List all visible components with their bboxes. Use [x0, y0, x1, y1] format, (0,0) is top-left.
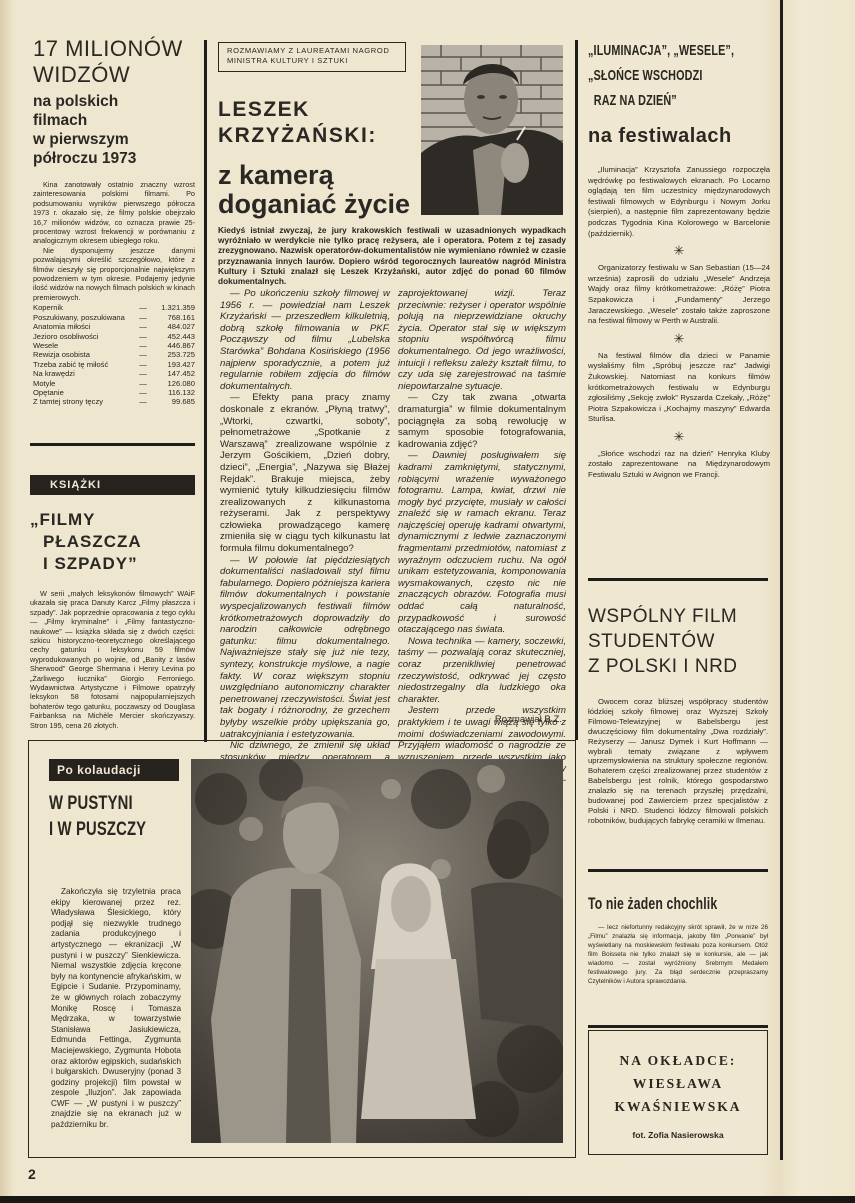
- interview-title: doganiać życie: [218, 189, 418, 219]
- interviewee-photo: [421, 45, 563, 215]
- dash: —: [133, 397, 153, 406]
- interview-paragraph: zaprojektowanej wizji. Teraz przeciwnie:…: [398, 288, 566, 392]
- festival-heading: „SŁOŃCE WSCHODZI: [588, 63, 768, 88]
- article-title-line2: WIDZÓW: [33, 62, 195, 88]
- stats-row: Na krawędzi—147.452: [33, 369, 195, 378]
- viewer-count: 452.443: [153, 332, 195, 341]
- film-title: Na krawędzi: [33, 369, 133, 378]
- viewer-count: 1.321.359: [153, 303, 195, 312]
- article-title: WSPÓLNY FILM: [588, 604, 768, 629]
- viewer-stats-table: Kopernik—1.321.359 Poszukiwany, poszukiw…: [33, 303, 195, 406]
- festival-paragraph: „Słońce wschodzi raz na dzień” Henryka K…: [588, 449, 770, 481]
- bottom-edge-rule: [0, 1196, 855, 1203]
- dash: —: [133, 313, 153, 322]
- article-title: I W PUSZCZY: [49, 817, 205, 843]
- article-title: Z POLSKI I NRD: [588, 654, 768, 679]
- dash: —: [133, 350, 153, 359]
- stats-row: Kopernik—1.321.359: [33, 303, 195, 312]
- section-divider: [588, 1025, 768, 1028]
- interview-lead: Kiedyś istniał zwyczaj, że jury krakowsk…: [218, 225, 566, 286]
- stats-row: Opętanie—116.132: [33, 388, 195, 397]
- cover-label: NA OKŁADCE:: [589, 1049, 767, 1072]
- film-title: Poszukiwany, poszukiwana: [33, 313, 133, 322]
- festival-heading: RAZ NA DZIEŃ”: [588, 88, 774, 113]
- film-title: Jezioro osobliwości: [33, 332, 133, 341]
- magazine-page: 17 MILIONÓW WIDZÓW na polskich filmach w…: [0, 0, 855, 1203]
- viewer-count: 116.132: [153, 388, 195, 397]
- interview-signature: Rozmawiał B.Z.: [495, 714, 562, 725]
- interview-paragraph: — Dawniej posługiwałem się kadrami zamkn…: [398, 450, 566, 636]
- film-title: Rewizja osobista: [33, 350, 133, 359]
- page-number: 2: [28, 1166, 36, 1182]
- festival-title: na festiwalach: [588, 123, 770, 149]
- viewer-count: 484.027: [153, 322, 195, 331]
- festival-paragraph: „Iluminacja” Krzysztofa Zanussiego rozpo…: [588, 165, 770, 239]
- page-edge-rule: [780, 0, 783, 1160]
- article-paragraph: Nie dysponujemy jeszcze danymi pozwalają…: [33, 246, 195, 302]
- stats-row: Z tamtej strony tęczy—99.685: [33, 397, 195, 406]
- article-title: W PUSTYNI: [49, 791, 205, 817]
- stats-row: Wesele—446.867: [33, 341, 195, 350]
- stats-row: Rewizja osobista—253.725: [33, 350, 195, 359]
- stats-row: Jezioro osobliwości—452.443: [33, 332, 195, 341]
- article-subtitle: na polskich: [33, 92, 195, 111]
- cover-person: WIESŁAWA: [589, 1072, 767, 1095]
- portrait-image: [421, 45, 563, 215]
- article-title: To nie żaden chochlik: [588, 893, 768, 915]
- article-paragraph: Kina zanotowały ostatnio znaczny wzrost …: [33, 180, 195, 246]
- interview-title: z kamerą: [218, 161, 418, 189]
- section-divider: [588, 869, 768, 872]
- film-title: Trzeba zabić tę miłość: [33, 360, 133, 369]
- interview-kicker-box: ROZMAWIAMY Z LAUREATAMI NAGROD MINISTRA …: [218, 42, 406, 72]
- article-festiwale: „ILUMINACJA”, „WESELE”, „SŁOŃCE WSCHODZI…: [588, 38, 770, 481]
- dash: —: [133, 388, 153, 397]
- interview-kicker: ROZMAWIAMY Z LAUREATAMI NAGROD MINISTRA …: [227, 46, 397, 65]
- film-title: Anatomia miłości: [33, 322, 133, 331]
- interviewee-name: KRZYŻAŃSKI:: [218, 123, 418, 149]
- column-rule-right: [575, 40, 578, 740]
- asterisk-separator: ✳: [588, 429, 770, 445]
- section-label-ksiazki: KSIĄŻKI: [30, 475, 195, 495]
- stats-row: Anatomia miłości—484.027: [33, 322, 195, 331]
- interview-paragraph: — W połowie lat pięćdziesiątych dokument…: [220, 555, 390, 741]
- cover-person: KWAŚNIEWSKA: [589, 1095, 767, 1118]
- film-title: Kopernik: [33, 303, 133, 312]
- stats-row: Motyle—126.080: [33, 379, 195, 388]
- article-subtitle: półroczu 1973: [33, 149, 195, 168]
- viewer-count: 253.725: [153, 350, 195, 359]
- dash: —: [133, 341, 153, 350]
- film-title: Opętanie: [33, 388, 133, 397]
- viewer-count: 126.080: [153, 379, 195, 388]
- section-label-po-kolaudacji: Po kolaudacji: [49, 759, 179, 781]
- article-title: „FILMY: [30, 509, 195, 531]
- section-divider: [588, 578, 768, 581]
- cover-credit-box: NA OKŁADCE: WIESŁAWA KWAŚNIEWSKA fot. Zo…: [588, 1030, 768, 1155]
- article-subtitle: w pierwszym: [33, 130, 195, 149]
- film-title: Z tamtej strony tęczy: [33, 397, 133, 406]
- article-w-pustyni-i-w-puszczy: Po kolaudacji W PUSTYNI I W PUSZCZY Zako…: [28, 740, 576, 1158]
- article-title: STUDENTÓW: [588, 629, 768, 654]
- festival-heading: „ILUMINACJA”, „WESELE”,: [588, 38, 768, 63]
- column-rule-left: [204, 40, 207, 742]
- article-filmy-plaszcza-i-szpady: KSIĄŻKI „FILMY PŁASZCZA I SZPADY” W seri…: [30, 475, 195, 730]
- interview-paragraph: — Czy tak zwana „otwarta dramaturgia” w …: [398, 392, 566, 450]
- article-wspolny-film: WSPÓLNY FILM STUDENTÓW Z POLSKI I NRD Ow…: [588, 604, 768, 826]
- asterisk-separator: ✳: [588, 243, 770, 259]
- festival-paragraph: Organizatorzy festiwalu w San Sebastian …: [588, 263, 770, 327]
- article-title: PŁASZCZA: [30, 531, 195, 553]
- interview-paragraph: — Efekty pana pracy znamy doskonale z ek…: [220, 392, 390, 554]
- film-title: Wesele: [33, 341, 133, 350]
- viewer-count: 446.867: [153, 341, 195, 350]
- article-paragraph: Zakończyła się trzyletnia praca ekipy ki…: [51, 887, 181, 1131]
- article-title-line1: 17 MILIONÓW: [33, 36, 195, 62]
- film-title: Motyle: [33, 379, 133, 388]
- article-paragraph: W serii „małych leksykonów filmowych” WA…: [30, 589, 195, 730]
- article-krzyzanski-interview: ROZMAWIAMY Z LAUREATAMI NAGROD MINISTRA …: [218, 42, 568, 742]
- asterisk-separator: ✳: [588, 331, 770, 347]
- dash: —: [133, 379, 153, 388]
- interviewee-name: LESZEK: [218, 97, 418, 123]
- viewer-count: 768.161: [153, 313, 195, 322]
- dash: —: [133, 360, 153, 369]
- festival-paragraph: Na festiwal filmów dla dzieci w Panamie …: [588, 351, 770, 425]
- dash: —: [133, 322, 153, 331]
- article-17-milionow: 17 MILIONÓW WIDZÓW na polskich filmach w…: [33, 36, 195, 407]
- interview-paragraph: — Po ukończeniu szkoły filmowej w 1956 r…: [220, 288, 390, 392]
- interview-paragraph: Nowa technika — kamery, soczewki, taśmy …: [398, 636, 566, 706]
- article-paragraph: Owocem coraz bliższej współpracy student…: [588, 697, 768, 826]
- stats-row: Poszukiwany, poszukiwana—768.161: [33, 313, 195, 322]
- article-chochlik: To nie żaden chochlik — lecz niefortunny…: [588, 893, 768, 986]
- section-divider: [30, 443, 195, 446]
- viewer-count: 99.685: [153, 397, 195, 406]
- dash: —: [133, 332, 153, 341]
- viewer-count: 147.452: [153, 369, 195, 378]
- photo-credit: fot. Zofia Nasierowska: [589, 1130, 767, 1140]
- article-title: I SZPADY”: [30, 553, 195, 575]
- film-still-photo: [191, 759, 563, 1143]
- stats-row: Trzeba zabić tę miłość—193.427: [33, 360, 195, 369]
- film-still-image: [191, 759, 563, 1143]
- viewer-count: 193.427: [153, 360, 195, 369]
- dash: —: [133, 303, 153, 312]
- dash: —: [133, 369, 153, 378]
- article-subtitle: filmach: [33, 111, 195, 130]
- article-paragraph: — lecz niefortunny redakcyjny skrót spra…: [588, 923, 768, 986]
